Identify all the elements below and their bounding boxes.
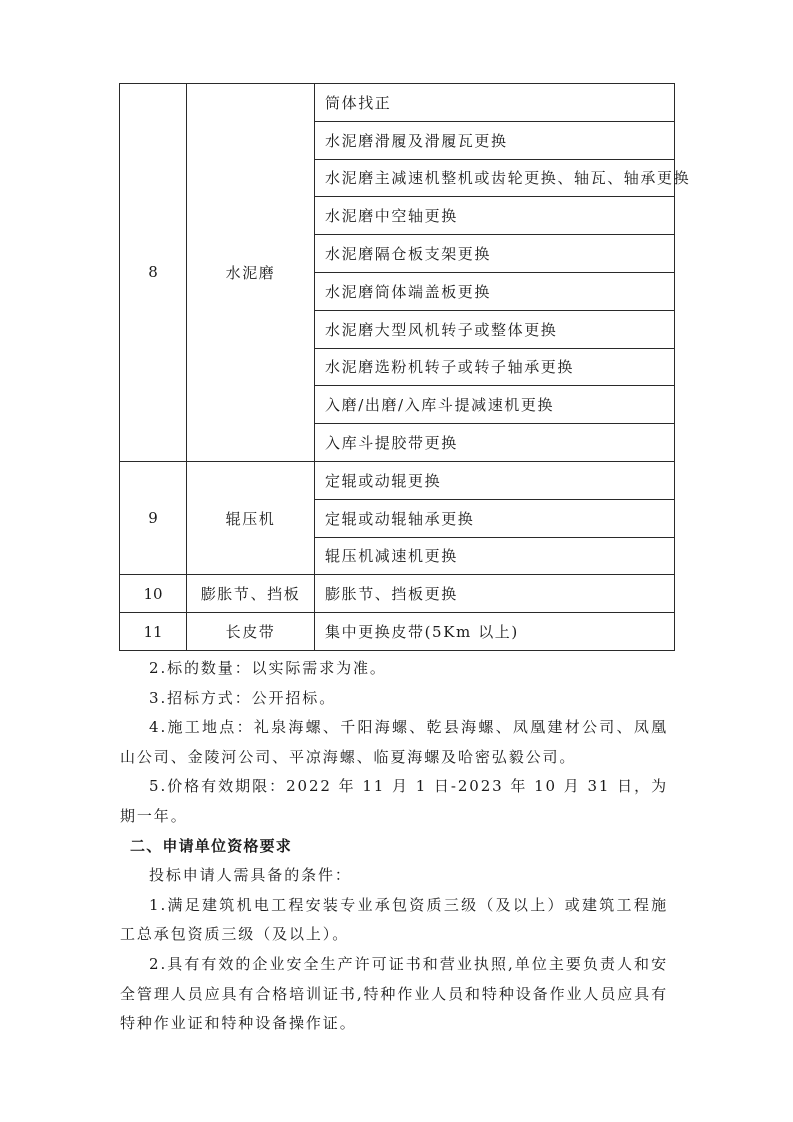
row-number: 11 — [120, 613, 187, 651]
row-number: 9 — [120, 461, 187, 574]
item-description: 筒体找正 — [315, 84, 675, 122]
item-description: 水泥磨主减速机整机或齿轮更换、轴瓦、轴承更换 — [315, 159, 675, 197]
section-heading-qualifications: 二、申请单位资格要求 — [120, 832, 668, 862]
row-number: 8 — [120, 84, 187, 462]
equipment-name: 水泥磨 — [187, 84, 315, 462]
table-row: 9 辊压机 定辊或动辊更换 — [120, 461, 675, 499]
item-description: 水泥磨大型风机转子或整体更换 — [315, 310, 675, 348]
item-description: 辊压机减速机更换 — [315, 537, 675, 575]
body-text: 2.标的数量：以实际需求为准。 3.招标方式：公开招标。 4.施工地点：礼泉海螺… — [120, 654, 668, 1039]
paragraph-quantity: 2.标的数量：以实际需求为准。 — [120, 654, 668, 684]
paragraph-price-validity: 5.价格有效期限：2022 年 11 月 1 日-2023 年 10 月 31 … — [120, 772, 668, 831]
item-description: 入磨/出磨/入库斗提减速机更换 — [315, 386, 675, 424]
equipment-name: 长皮带 — [187, 613, 315, 651]
paragraph-conditions-intro: 投标申请人需具备的条件： — [120, 861, 668, 891]
equipment-name: 膨胀节、挡板 — [187, 575, 315, 613]
item-description: 集中更换皮带(5Km 以上) — [315, 613, 675, 651]
paragraph-bidding-method: 3.招标方式：公开招标。 — [120, 684, 668, 714]
item-description: 膨胀节、挡板更换 — [315, 575, 675, 613]
item-description: 水泥磨隔仓板支架更换 — [315, 235, 675, 273]
item-description: 定辊或动辊更换 — [315, 461, 675, 499]
paragraph-requirement-2: 2.具有有效的企业安全生产许可证书和营业执照,单位主要负责人和安全管理人员应具有… — [120, 950, 668, 1039]
item-description: 定辊或动辊轴承更换 — [315, 499, 675, 537]
item-description: 水泥磨滑履及滑履瓦更换 — [315, 121, 675, 159]
document-page: 8 水泥磨 筒体找正 水泥磨滑履及滑履瓦更换 水泥磨主减速机整机或齿轮更换、轴瓦… — [0, 0, 793, 1122]
row-number: 10 — [120, 575, 187, 613]
paragraph-construction-location: 4.施工地点：礼泉海螺、千阳海螺、乾县海螺、凤凰建材公司、凤凰山公司、金陵河公司… — [120, 713, 668, 772]
maintenance-items-table: 8 水泥磨 筒体找正 水泥磨滑履及滑履瓦更换 水泥磨主减速机整机或齿轮更换、轴瓦… — [119, 83, 675, 651]
item-description: 水泥磨中空轴更换 — [315, 197, 675, 235]
table-row: 10 膨胀节、挡板 膨胀节、挡板更换 — [120, 575, 675, 613]
table-row: 11 长皮带 集中更换皮带(5Km 以上) — [120, 613, 675, 651]
paragraph-requirement-1: 1.满足建筑机电工程安装专业承包资质三级（及以上）或建筑工程施工总承包资质三级（… — [120, 891, 668, 950]
item-description: 水泥磨筒体端盖板更换 — [315, 272, 675, 310]
table-row: 8 水泥磨 筒体找正 — [120, 84, 675, 122]
equipment-name: 辊压机 — [187, 461, 315, 574]
item-description: 入库斗提胶带更换 — [315, 424, 675, 462]
item-description: 水泥磨选粉机转子或转子轴承更换 — [315, 348, 675, 386]
